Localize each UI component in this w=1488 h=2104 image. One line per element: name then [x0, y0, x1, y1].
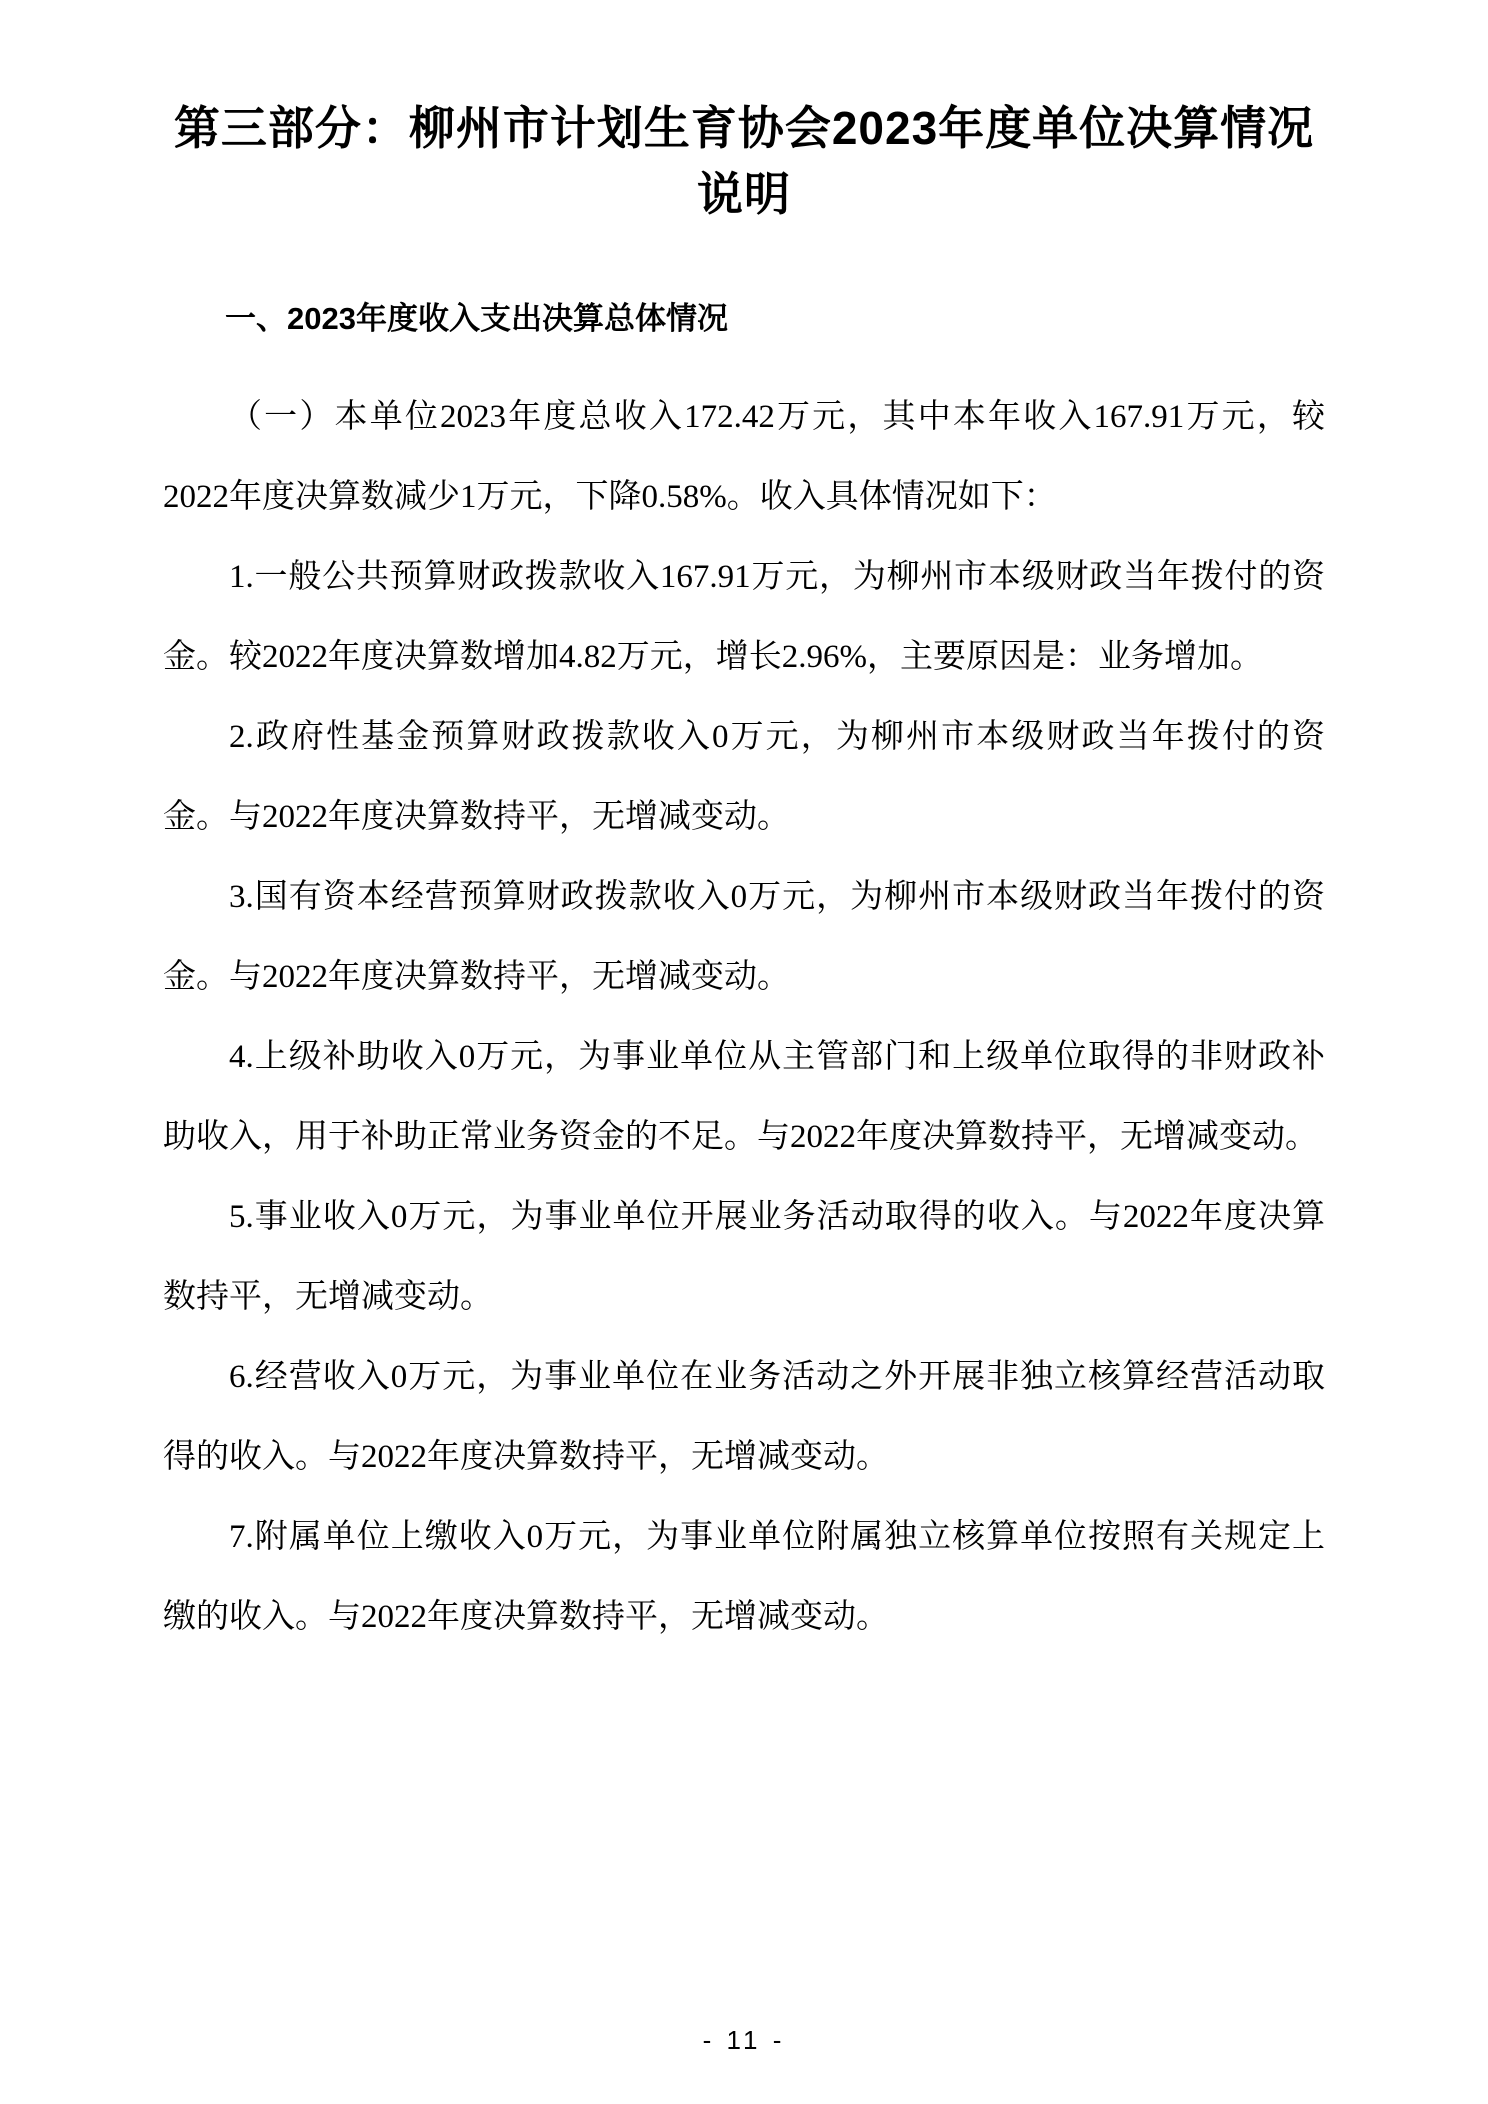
section-heading: 一、2023年度收入支出决算总体情况	[163, 279, 1325, 359]
paragraph-item-4-superior-subsidy: 4.上级补助收入0万元，为事业单位从主管部门和上级单位取得的非财政补助收入，用于…	[163, 1017, 1325, 1177]
document-body: （一）本单位2023年度总收入172.42万元，其中本年收入167.91万元，较…	[163, 377, 1325, 1657]
page-number: - 11 -	[0, 2025, 1488, 2056]
paragraph-item-5-business-income: 5.事业收入0万元，为事业单位开展业务活动取得的收入。与2022年度决算数持平，…	[163, 1177, 1325, 1337]
paragraph-item-6-operating-income: 6.经营收入0万元，为事业单位在业务活动之外开展非独立核算经营活动取得的收入。与…	[163, 1337, 1325, 1497]
paragraph-item-7-affiliated-units: 7.附属单位上缴收入0万元，为事业单位附属独立核算单位按照有关规定上缴的收入。与…	[163, 1497, 1325, 1657]
document-title: 第三部分：柳州市计划生育协会2023年度单位决算情况说明	[163, 95, 1325, 227]
document-page: 第三部分：柳州市计划生育协会2023年度单位决算情况说明 一、2023年度收入支…	[0, 0, 1488, 2104]
paragraph-item-3-state-capital: 3.国有资本经营预算财政拨款收入0万元，为柳州市本级财政当年拨付的资金。与202…	[163, 857, 1325, 1017]
paragraph-income-overview: （一）本单位2023年度总收入172.42万元，其中本年收入167.91万元，较…	[163, 377, 1325, 537]
paragraph-item-2-government-fund: 2.政府性基金预算财政拨款收入0万元，为柳州市本级财政当年拨付的资金。与2022…	[163, 697, 1325, 857]
paragraph-item-1-general-budget: 1.一般公共预算财政拨款收入167.91万元，为柳州市本级财政当年拨付的资金。较…	[163, 537, 1325, 697]
